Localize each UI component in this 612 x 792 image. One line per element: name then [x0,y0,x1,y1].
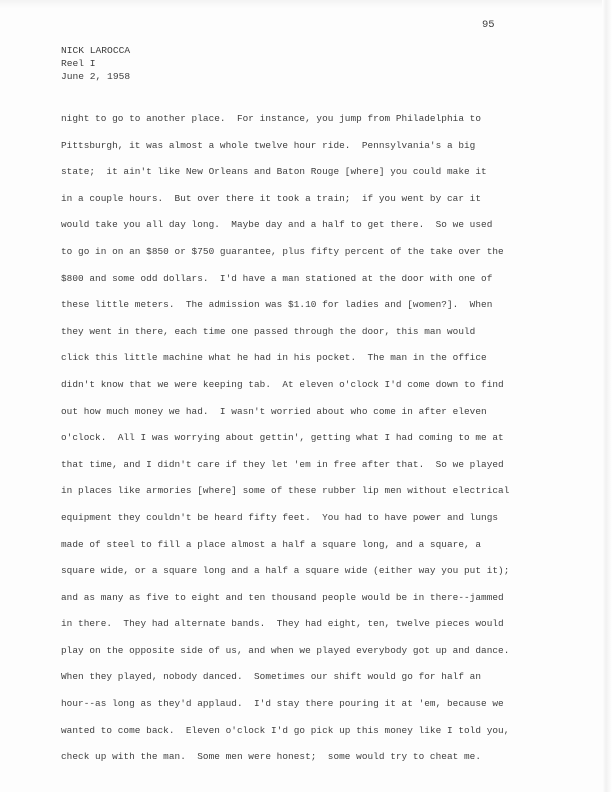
text-line: play on the opposite side of us, and whe… [61,638,509,665]
interview-date: June 2, 1958 [61,70,130,83]
text-line: in a couple hours. But over there it too… [61,186,509,213]
text-line: When they played, nobody danced. Sometim… [61,664,509,691]
text-line: out how much money we had. I wasn't worr… [61,399,509,426]
text-line: to go in on an $850 or $750 guarantee, p… [61,239,509,266]
text-line: equipment they couldn't be heard fifty f… [61,505,509,532]
text-line: check up with the man. Some men were hon… [61,744,509,771]
text-line: that time, and I didn't care if they let… [61,452,509,479]
text-line: they went in there, each time one passed… [61,319,509,346]
reel-label: Reel I [61,57,130,70]
text-line: would take you all day long. Maybe day a… [61,212,509,239]
text-line: state; it ain't like New Orleans and Bat… [61,159,509,186]
page-number: 95 [482,19,495,31]
scan-shading [0,0,612,8]
text-line: and as many as five to eight and ten tho… [61,585,509,612]
text-line: didn't know that we were keeping tab. At… [61,372,509,399]
text-line: in there. They had alternate bands. They… [61,611,509,638]
text-line: in places like armories [where] some of … [61,478,509,505]
text-line: these little meters. The admission was $… [61,292,509,319]
text-line: click this little machine what he had in… [61,345,509,372]
text-line: o'clock. All I was worrying about gettin… [61,425,509,452]
transcript-body: night to go to another place. For instan… [61,106,509,771]
text-line: hour--as long as they'd applaud. I'd sta… [61,691,509,718]
transcript-header: NICK LAROCCA Reel I June 2, 1958 [61,44,130,83]
text-line: Pittsburgh, it was almost a whole twelve… [61,133,509,160]
interviewee-name: NICK LAROCCA [61,44,130,57]
text-line: wanted to come back. Eleven o'clock I'd … [61,718,509,745]
text-line: $800 and some odd dollars. I'd have a ma… [61,266,509,293]
text-line: square wide, or a square long and a half… [61,558,509,585]
text-line: night to go to another place. For instan… [61,106,509,133]
page-edge [602,0,612,792]
text-line: made of steel to fill a place almost a h… [61,532,509,559]
document-page: 95 NICK LAROCCA Reel I June 2, 1958 nigh… [0,0,612,792]
